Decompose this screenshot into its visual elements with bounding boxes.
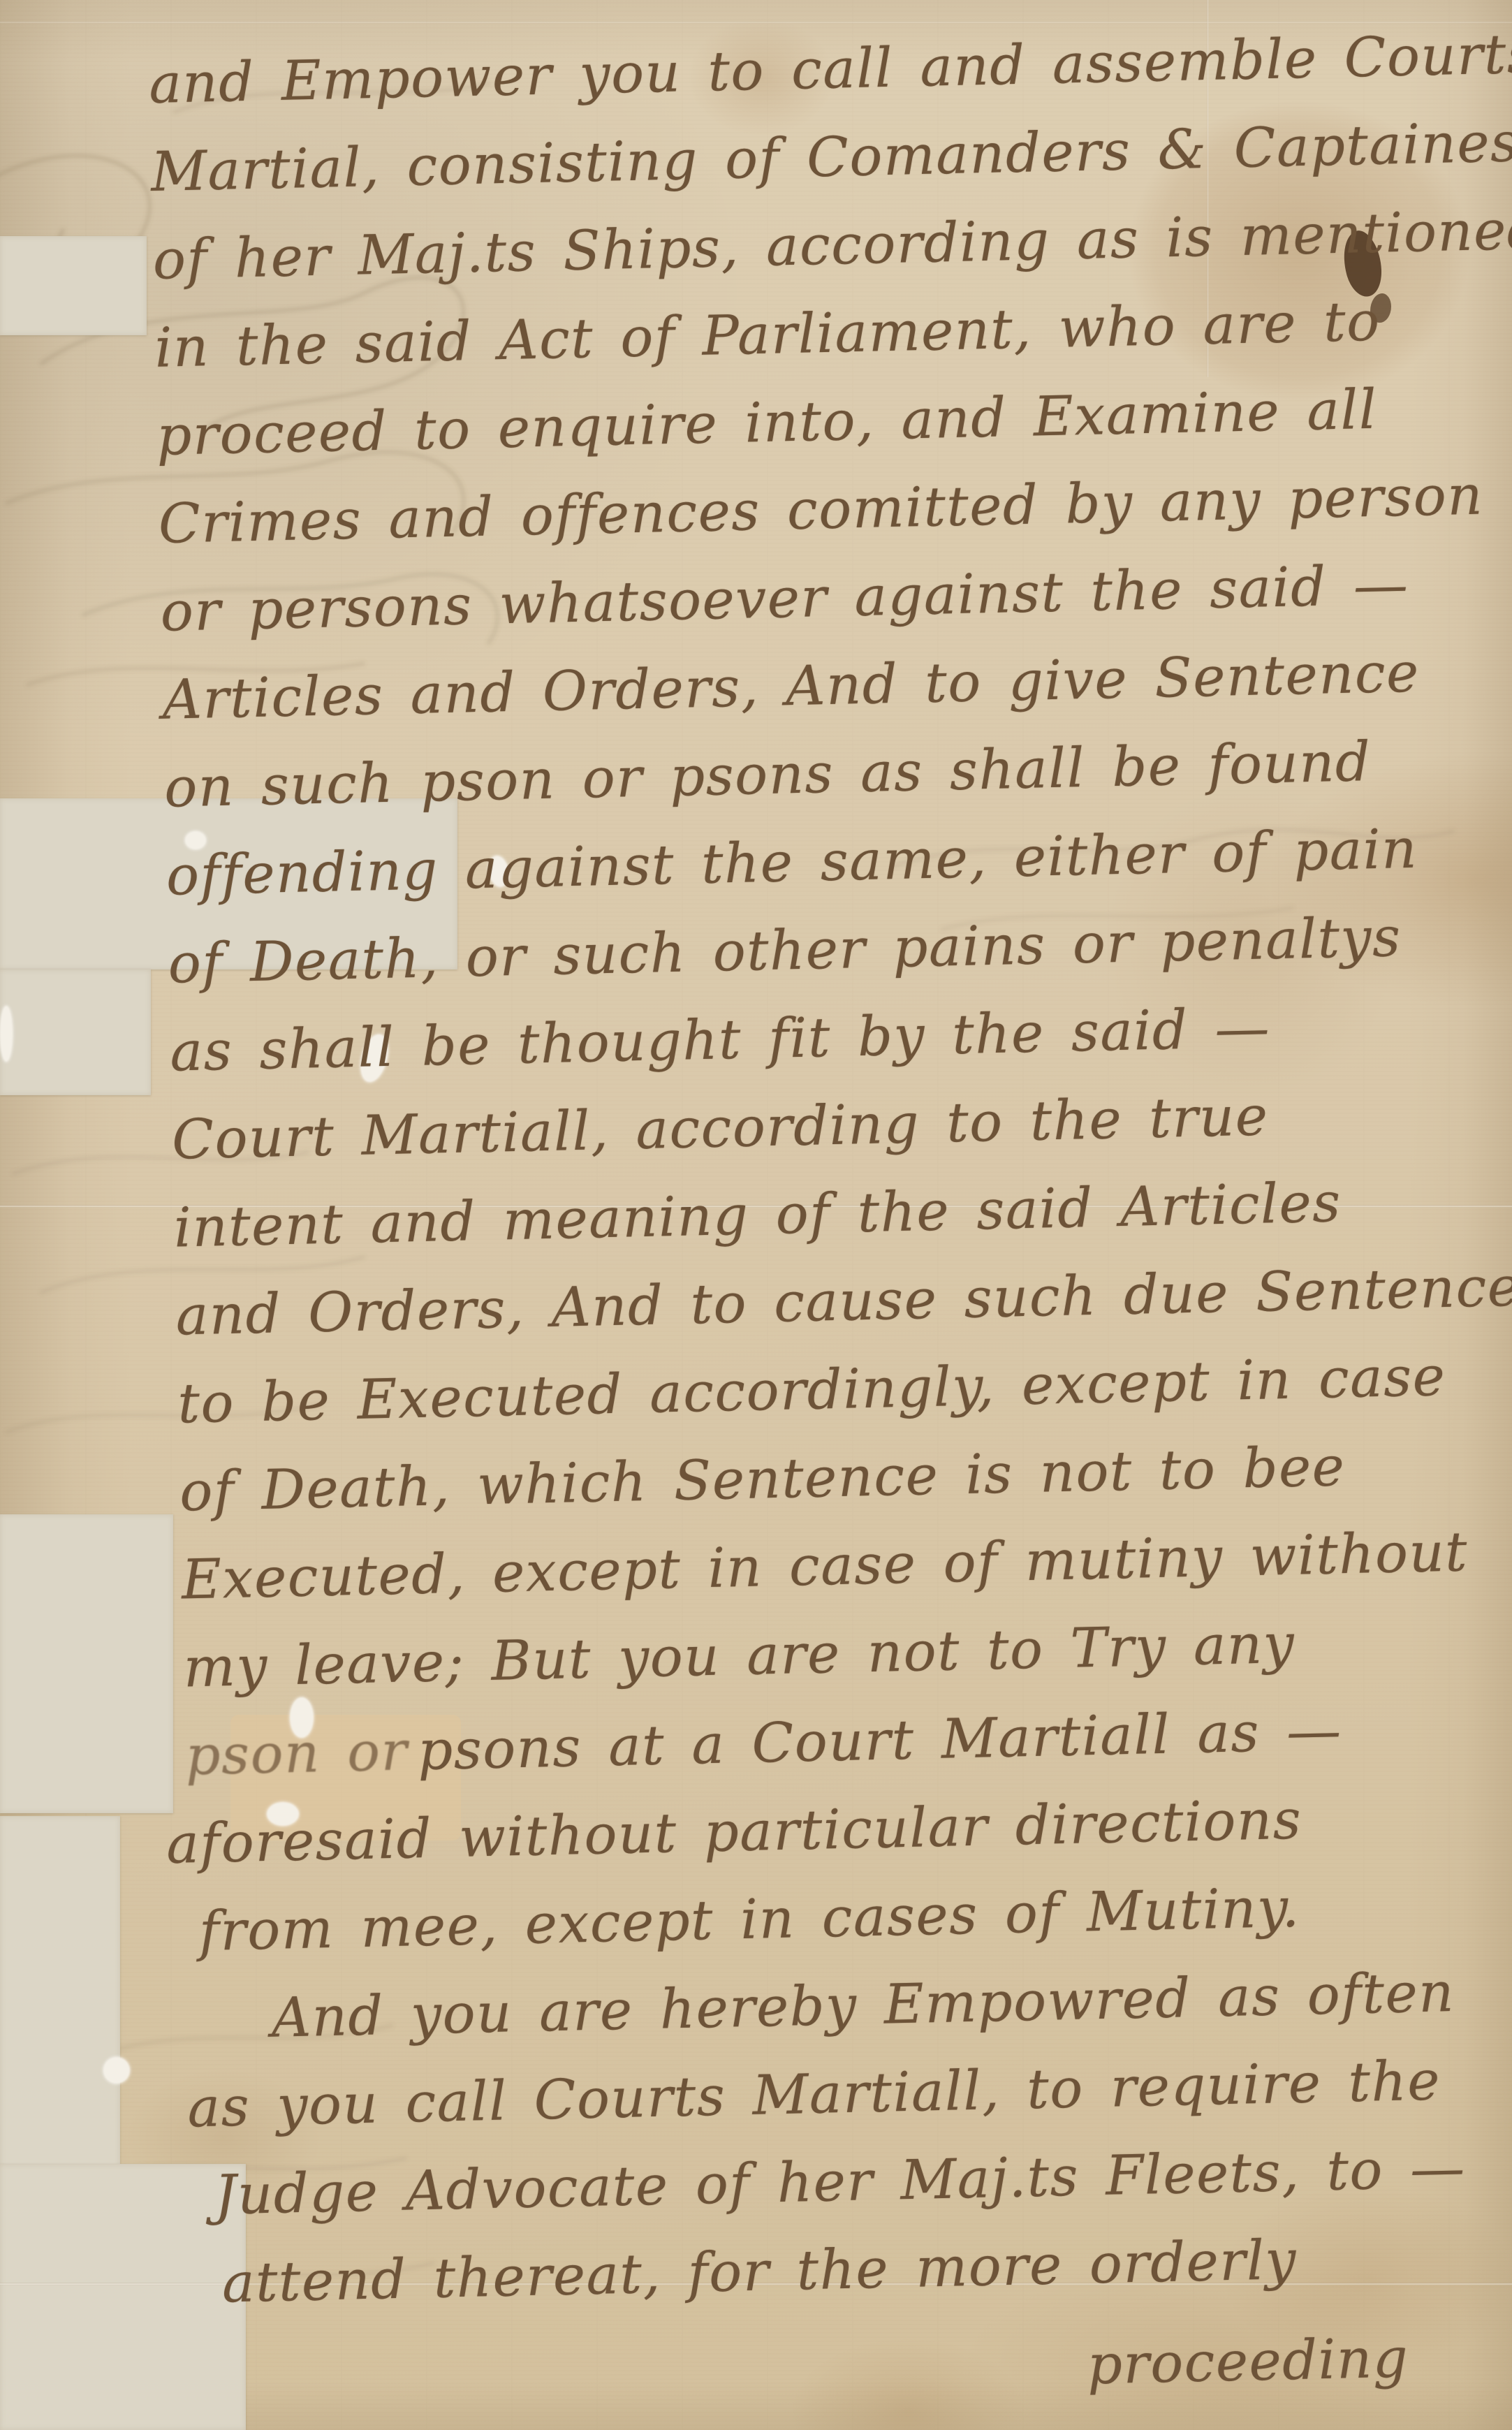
catchword: proceeding	[1087, 2311, 1512, 2410]
line-text: psons at a Court Martiall as —	[417, 1699, 1342, 1783]
paper-damage-spot	[103, 2057, 130, 2084]
repair-patch	[0, 1514, 173, 1813]
repair-patch	[0, 236, 147, 335]
manuscript-text-block: and Empower you to call and assemble Cou…	[148, 10, 1512, 2429]
faded-word: pson or	[185, 1720, 409, 1787]
manuscript-scan: { "manuscript": { "para1": [ "and Empowe…	[0, 0, 1512, 2430]
repair-patch	[0, 969, 151, 1095]
paper-damage-spot	[0, 1006, 13, 1062]
